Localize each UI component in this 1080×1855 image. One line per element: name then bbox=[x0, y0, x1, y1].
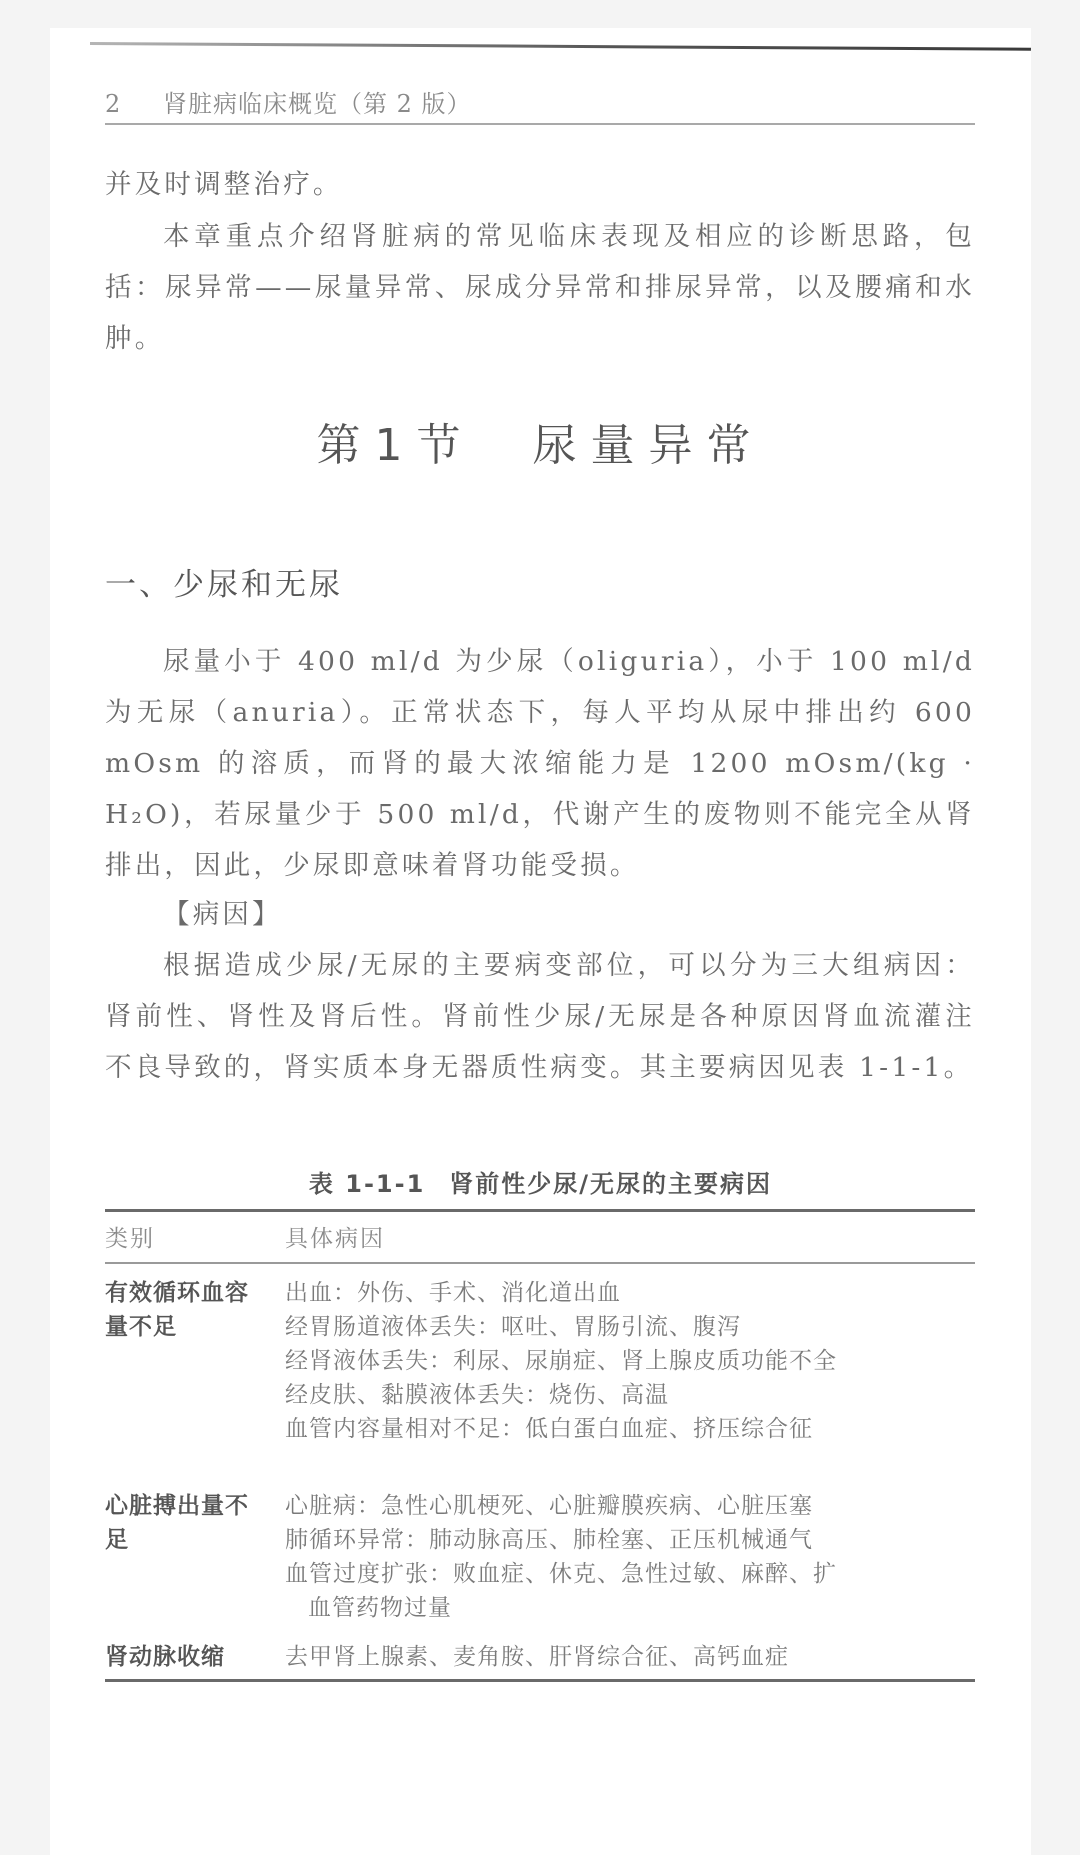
table-caption: 表 1-1-1肾前性少尿/无尿的主要病因 bbox=[50, 1164, 1031, 1199]
running-head: 2肾脏病临床概览（第 2 版） bbox=[105, 84, 472, 119]
etiology-label: 【病因】 bbox=[105, 889, 975, 940]
header-divider bbox=[105, 123, 975, 125]
row-category: 有效循环血容量不足 bbox=[105, 1276, 255, 1344]
paragraph-chapter-intro: 本章重点介绍肾脏病的常见临床表现及相应的诊断思路，包括：尿异常——尿量异常、尿成… bbox=[105, 211, 975, 364]
sub-heading: 一、少尿和无尿 bbox=[105, 559, 343, 604]
table-bottom-rule bbox=[105, 1679, 975, 1682]
page-top-margin bbox=[50, 14, 1031, 28]
row-category: 肾动脉收缩 bbox=[105, 1640, 255, 1674]
cause-item-continued: 血管药物过量 bbox=[285, 1591, 985, 1625]
page-top-edge-rule bbox=[90, 42, 1031, 51]
book-page: 2肾脏病临床概览（第 2 版） 并及时调整治疗。 本章重点介绍肾脏病的常见临床表… bbox=[50, 14, 1031, 1855]
table-header-category: 类别 bbox=[105, 1220, 155, 1253]
cause-item: 去甲肾上腺素、麦角胺、肝肾综合征、高钙血症 bbox=[285, 1640, 985, 1674]
table-header-rule bbox=[105, 1262, 975, 1264]
cause-item: 经胃肠道液体丢失：呕吐、胃肠引流、腹泻 bbox=[285, 1310, 985, 1344]
page-number: 2 bbox=[105, 90, 163, 118]
paragraph-etiology: 根据造成少尿/无尿的主要病变部位，可以分为三大组病因：肾前性、肾性及肾后性。肾前… bbox=[105, 940, 975, 1093]
paragraph-continued: 并及时调整治疗。 bbox=[105, 159, 975, 210]
cause-item: 肺循环异常：肺动脉高压、肺栓塞、正压机械通气 bbox=[285, 1523, 985, 1557]
cause-item: 血管过度扩张：败血症、休克、急性过敏、麻醉、扩 bbox=[285, 1557, 985, 1591]
cause-item: 经皮肤、黏膜液体丢失：烧伤、高温 bbox=[285, 1378, 985, 1412]
table-header-causes: 具体病因 bbox=[285, 1220, 385, 1253]
table-top-rule bbox=[105, 1209, 975, 1212]
table-number: 表 1-1-1 bbox=[309, 1170, 425, 1198]
cause-item: 出血：外伤、手术、消化道出血 bbox=[285, 1276, 985, 1310]
row-causes: 心脏病：急性心肌梗死、心脏瓣膜疾病、心脏压塞 肺循环异常：肺动脉高压、肺栓塞、正… bbox=[285, 1489, 985, 1625]
table-title: 肾前性少尿/无尿的主要病因 bbox=[449, 1170, 772, 1198]
book-title: 肾脏病临床概览（第 2 版） bbox=[163, 90, 472, 118]
cause-item: 心脏病：急性心肌梗死、心脏瓣膜疾病、心脏压塞 bbox=[285, 1489, 985, 1523]
paragraph-definition: 尿量小于 400 ml/d 为少尿（oliguria），小于 100 ml/d … bbox=[105, 636, 975, 891]
row-causes: 出血：外伤、手术、消化道出血 经胃肠道液体丢失：呕吐、胃肠引流、腹泻 经肾液体丢… bbox=[285, 1276, 985, 1446]
cause-item: 血管内容量相对不足：低白蛋白血症、挤压综合征 bbox=[285, 1412, 985, 1446]
row-causes: 去甲肾上腺素、麦角胺、肝肾综合征、高钙血症 bbox=[285, 1640, 985, 1674]
row-category: 心脏搏出量不足 bbox=[105, 1489, 255, 1557]
cause-item: 经肾液体丢失：利尿、尿崩症、肾上腺皮质功能不全 bbox=[285, 1344, 985, 1378]
section-title: 第1节 尿量异常 bbox=[50, 409, 1031, 473]
